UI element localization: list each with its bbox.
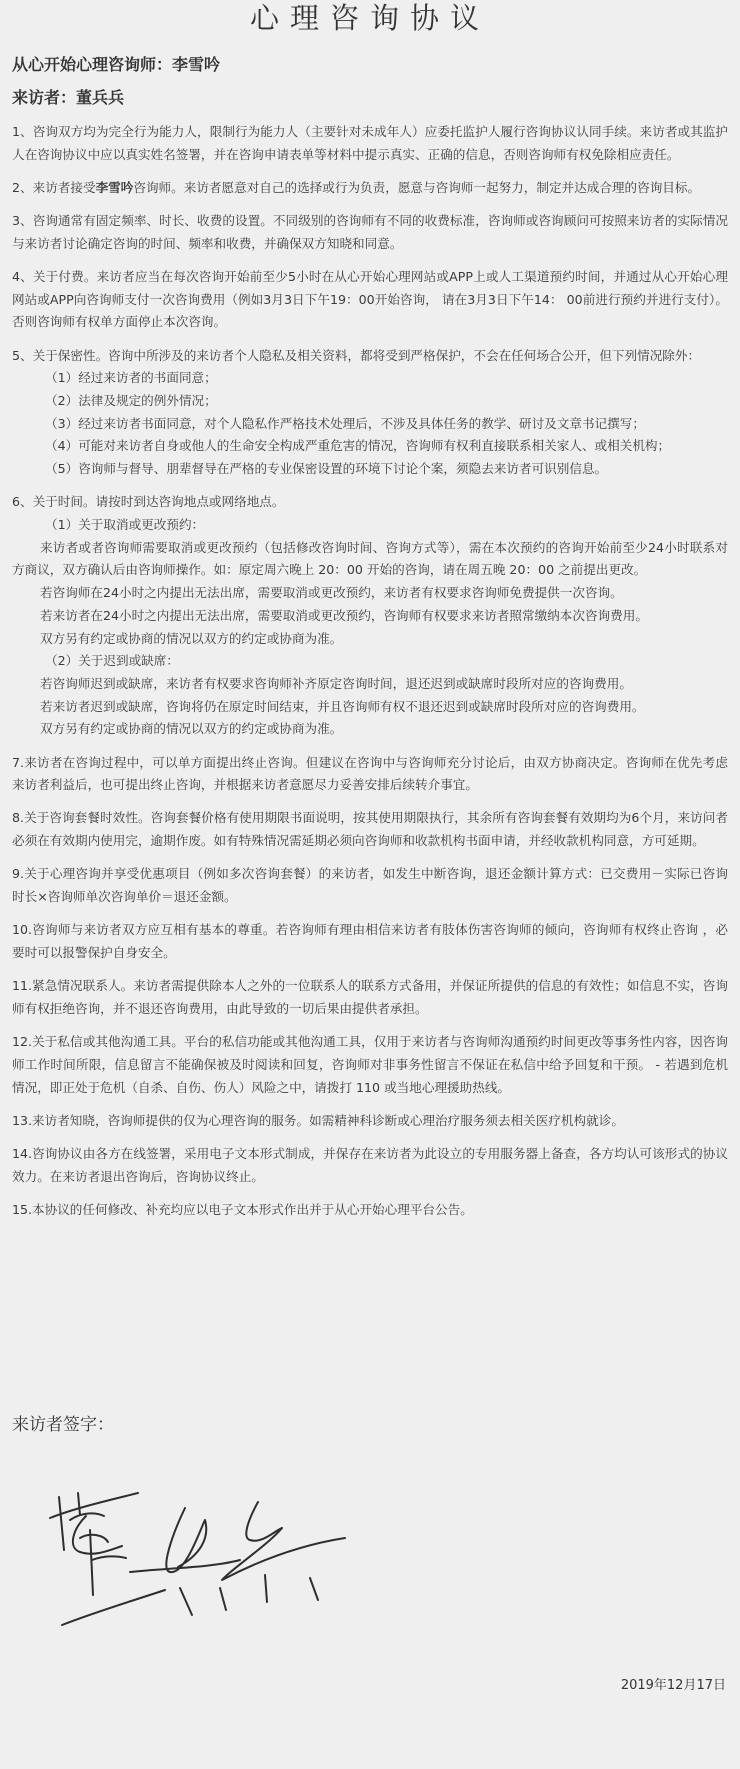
counselor-name: 李雪吟	[96, 180, 134, 195]
clause-5-item: （2）法律及规定的例外情况；	[12, 390, 728, 413]
clause-6: 6、关于时间。请按时到达咨询地点或网络地点。 （1）关于取消或更改预约： 来访者…	[12, 491, 728, 741]
clause-5-item: （1）经过来访者的书面同意；	[12, 367, 728, 390]
handwritten-signature	[0, 1420, 740, 1769]
clause-6-sub1-line: 若来访者在24小时之内提出无法出席，需要取消或更改预约，咨询师有权要求来访者照常…	[12, 605, 728, 628]
clause-2: 2、来访者接受李雪吟咨询师。来访者愿意对自己的选择或行为负责，愿意与咨询师一起努…	[12, 177, 728, 200]
signing-date: 2019年12月17日	[621, 1674, 726, 1693]
agreement-page: 心理咨询协议 从心开始心理咨询师：李雪吟 来访者：董兵兵 1、咨询双方均为完全行…	[0, 0, 740, 1769]
clause-6-sub1-title: （1）关于取消或更改预约：	[12, 514, 728, 537]
clause-6-sub2-title: （2）关于迟到或缺席：	[12, 650, 728, 673]
clause-2-text-cont: 咨询师。来访者愿意对自己的选择或行为负责，愿意与咨询师一起努力，制定并达成合理的…	[133, 180, 700, 195]
clause-6-intro: 6、关于时间。请按时到达咨询地点或网络地点。	[12, 491, 728, 514]
clause-6-sub1-body: 来访者或者咨询师需要取消或更改预约（包括修改咨询时间、咨询方式等），需在本次预约…	[12, 537, 728, 582]
clause-12: 12.关于私信或其他沟通工具。平台的私信功能或其他沟通工具，仅用于来访者与咨询师…	[12, 1031, 728, 1099]
clause-6-sub1-line: 双方另有约定或协商的情况以双方的约定或协商为准。	[12, 628, 728, 651]
clause-5-item: （5）咨询师与督导、朋辈督导在严格的专业保密设置的环境下讨论个案，须隐去来访者可…	[12, 458, 728, 481]
clause-1: 1、咨询双方均为完全行为能力人，限制行为能力人（主要针对未成年人）应委托监护人履…	[12, 121, 728, 166]
clause-6-sub2-line: 若来访者迟到或缺席，咨询将仍在原定时间结束，并且咨询师有权不退还迟到或缺席时段所…	[12, 696, 728, 719]
clause-6-sub2-line: 双方另有约定或协商的情况以双方的约定或协商为准。	[12, 718, 728, 741]
page-title: 心理咨询协议	[0, 0, 740, 36]
clause-15: 15.本协议的任何修改、补充均应以电子文本形式作出并于从心开始心理平台公告。	[12, 1199, 728, 1222]
clause-5-item: （3）经过来访者书面同意，对个人隐私作严格技术处理后，不涉及具体任务的教学、研讨…	[12, 413, 728, 436]
clause-7: 7.来访者在咨询过程中，可以单方面提出终止咨询。但建议在咨询中与咨询师充分讨论后…	[12, 752, 728, 797]
clause-3: 3、咨询通常有固定频率、时长、收费的设置。不同级别的咨询师有不同的收费标准，咨询…	[12, 210, 728, 255]
clause-13: 13.来访者知晓，咨询师提供的仅为心理咨询的服务。如需精神科诊断或心理治疗服务须…	[12, 1110, 728, 1133]
clause-4: 4、关于付费。来访者应当在每次咨询开始前至少5小时在从心开始心理网站或APP上或…	[12, 266, 728, 334]
clause-2-text: 2、来访者接受	[12, 180, 96, 195]
clause-5: 5、关于保密性。咨询中所涉及的来访者个人隐私及相关资料，都将受到严格保护，不会在…	[12, 345, 728, 481]
agreement-body: 1、咨询双方均为完全行为能力人，限制行为能力人（主要针对未成年人）应委托监护人履…	[12, 121, 728, 1232]
clause-8: 8.关于咨询套餐时效性。咨询套餐价格有使用期限书面说明，按其使用期限执行，其余所…	[12, 807, 728, 852]
counselor-line: 从心开始心理咨询师：李雪吟	[12, 54, 220, 76]
clause-11: 11.紧急情况联系人。来访者需提供除本人之外的一位联系人的联系方式备用，并保证所…	[12, 975, 728, 1020]
clause-5-intro: 5、关于保密性。咨询中所涉及的来访者个人隐私及相关资料，都将受到严格保护，不会在…	[12, 345, 728, 368]
clause-5-item: （4）可能对来访者自身或他人的生命安全构成严重危害的情况，咨询师有权利直接联系相…	[12, 435, 728, 458]
clause-14: 14.咨询协议由各方在线签署，采用电子文本形式制成，并保存在来访者为此设立的专用…	[12, 1143, 728, 1188]
clause-6-sub1-line: 若咨询师在24小时之内提出无法出席，需要取消或更改预约，来访者有权要求咨询师免费…	[12, 582, 728, 605]
clause-6-sub2-line: 若咨询师迟到或缺席，来访者有权要求咨询师补齐原定咨询时间，退还迟到或缺席时段所对…	[12, 673, 728, 696]
clause-10: 10.咨询师与来访者双方应互相有基本的尊重。若咨询师有理由相信来访者有肢体伤害咨…	[12, 919, 728, 964]
clause-9: 9.关于心理咨询并享受优惠项目（例如多次咨询套餐）的来访者，如发生中断咨询，退还…	[12, 863, 728, 908]
client-line: 来访者：董兵兵	[12, 87, 124, 109]
